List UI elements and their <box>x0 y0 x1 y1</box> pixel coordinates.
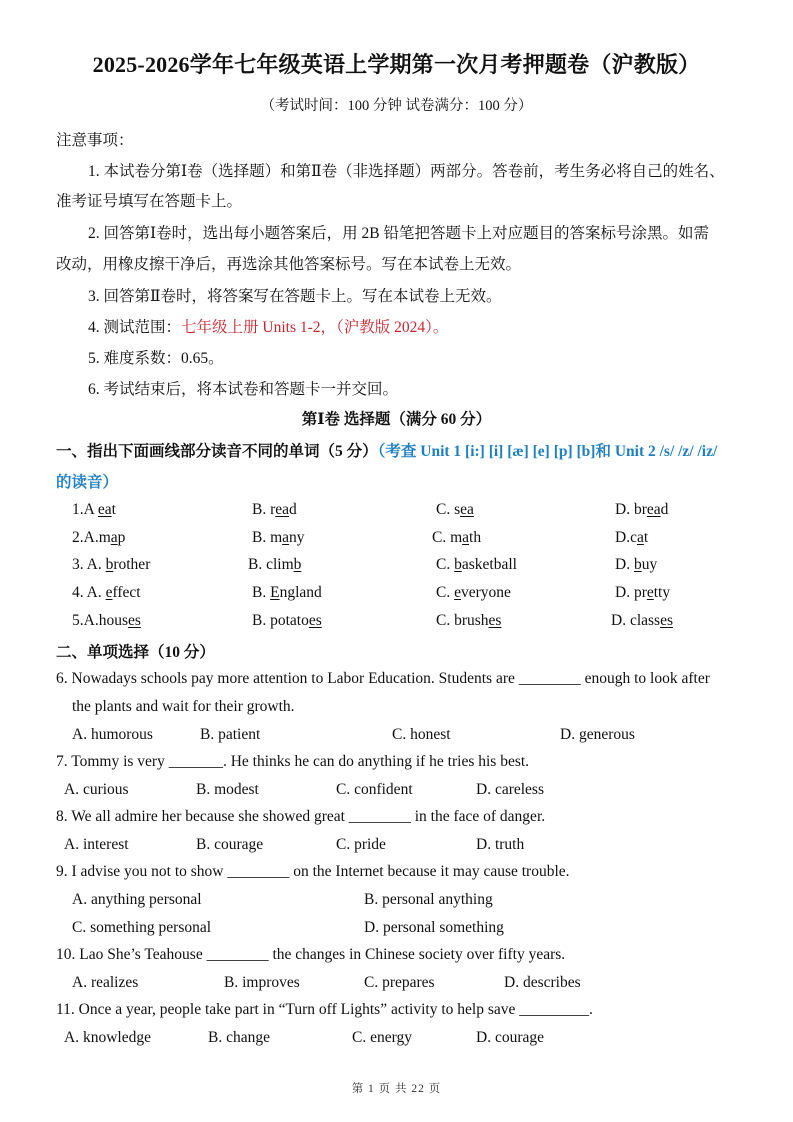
option: B. change <box>208 1029 270 1047</box>
note-6: 6. 考试结束后，将本试卷和答题卡一并交回。 <box>88 377 398 399</box>
note-4-label: 4. 测试范围： <box>88 319 181 336</box>
option: D.cat <box>615 529 648 547</box>
question-8-stem: 8. We all admire her because she showed … <box>56 808 545 826</box>
option: 1.A eat <box>72 501 116 519</box>
option: C. math <box>432 529 481 547</box>
option: B. England <box>252 584 322 602</box>
option: B. improves <box>224 974 300 992</box>
option: A. interest <box>64 836 129 854</box>
option: A. humorous <box>72 726 153 744</box>
option: B. courage <box>196 836 263 854</box>
option: B. read <box>252 501 297 519</box>
test-scope: 七年级上册 Units 1-2，（沪教版 2024）。 <box>181 319 448 336</box>
notes-heading: 注意事项： <box>56 128 134 150</box>
option: D. courage <box>476 1029 544 1047</box>
option: B. potatoes <box>252 612 322 630</box>
section-1-heading: 一、指出下面画线部分读音不同的单词（5 分）（考查 Unit 1 [i:] [i… <box>56 439 717 461</box>
option: B. modest <box>196 781 259 799</box>
option: C. pride <box>336 836 386 854</box>
section-1-note-continued: 的读音） <box>56 470 118 492</box>
note-2-line-1: 2. 回答第Ⅰ卷时，选出每小题答案后，用 2B 铅笔把答题卡上对应题目的答案标号… <box>88 221 709 243</box>
question-7-stem: 7. Tommy is very _______. He thinks he c… <box>56 753 529 771</box>
option: C. confident <box>336 781 413 799</box>
option: 4. A. effect <box>72 584 141 602</box>
part-1-heading: 第Ⅰ卷 选择题（满分 60 分） <box>0 407 793 429</box>
option: C. honest <box>392 726 451 744</box>
option: D. buy <box>615 556 657 574</box>
question-11-stem: 11. Once a year, people take part in “Tu… <box>56 1001 593 1019</box>
option: C. sea <box>436 501 474 519</box>
option: C. something personal <box>72 919 211 937</box>
note-1-line-1: 1. 本试卷分第Ⅰ卷（选择题）和第Ⅱ卷（非选择题）两部分。答卷前，考生务必将自己… <box>88 159 725 181</box>
option: C. everyone <box>436 584 511 602</box>
section-1-note: （考查 Unit 1 [i:] [i] [æ] [e] [p] [b]和 Uni… <box>378 443 718 460</box>
question-10-stem: 10. Lao She’s Teahouse ________ the chan… <box>56 946 565 964</box>
option: D. careless <box>476 781 544 799</box>
option: C. energy <box>352 1029 412 1047</box>
option: A. anything personal <box>72 891 202 909</box>
option: D. truth <box>476 836 524 854</box>
note-3: 3. 回答第Ⅱ卷时，将答案写在答题卡上。写在本试卷上无效。 <box>88 284 502 306</box>
option: D. pretty <box>615 584 670 602</box>
page-title: 2025-2026学年七年级英语上学期第一次月考押题卷（沪教版） <box>0 48 793 79</box>
question-6-stem-cont: the plants and wait for their growth. <box>72 698 295 716</box>
option: C. basketball <box>436 556 517 574</box>
note-4: 4. 测试范围：七年级上册 Units 1-2，（沪教版 2024）。 <box>88 315 448 337</box>
option: D. bread <box>615 501 668 519</box>
option: D. generous <box>560 726 635 744</box>
page-number: 第 1 页 共 22 页 <box>0 1080 793 1096</box>
option: A. realizes <box>72 974 138 992</box>
option: B. personal anything <box>364 891 493 909</box>
note-2-line-2: 改动，用橡皮擦干净后，再选涂其他答案标号。写在本试卷上无效。 <box>56 252 521 274</box>
option: B. many <box>252 529 305 547</box>
question-6-stem: 6. Nowadays schools pay more attention t… <box>56 670 710 688</box>
section-2-heading: 二、单项选择（10 分） <box>56 640 215 662</box>
option: C. brushes <box>436 612 501 630</box>
question-9-stem: 9. I advise you not to show ________ on … <box>56 863 570 881</box>
option: 5.A.houses <box>72 612 141 630</box>
option: D. personal something <box>364 919 504 937</box>
option: A. curious <box>64 781 129 799</box>
note-5: 5. 难度系数：0.65。 <box>88 346 224 368</box>
option: B. patient <box>200 726 260 744</box>
exam-info: （考试时间：100 分钟 试卷满分：100 分） <box>0 94 793 115</box>
option: A. knowledge <box>64 1029 151 1047</box>
option: C. prepares <box>364 974 435 992</box>
option: D. classes <box>611 612 673 630</box>
note-1-line-2: 准考证号填写在答题卡上。 <box>56 189 242 211</box>
option: 3. A. brother <box>72 556 150 574</box>
option: B. climb <box>248 556 301 574</box>
option: 2.A.map <box>72 529 125 547</box>
option: D. describes <box>504 974 581 992</box>
section-1-title: 一、指出下面画线部分读音不同的单词（5 分） <box>56 443 378 460</box>
